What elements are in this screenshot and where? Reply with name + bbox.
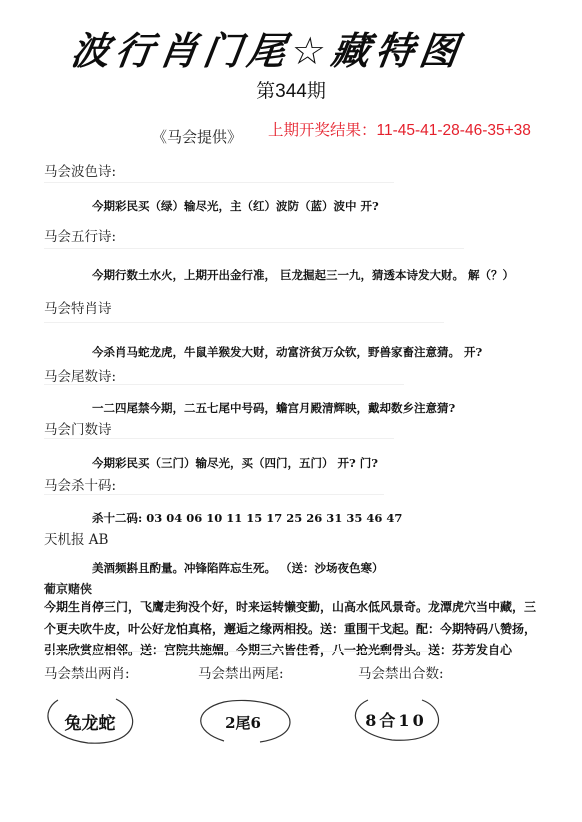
section-label-tail-number: 马会尾数诗: bbox=[44, 365, 116, 385]
poem-tail-number: 一二四尾禁今期，二五七尾中号码，蟾宫月殿清辉映，戴却数乡注意猜? bbox=[92, 400, 455, 416]
section-label-gate-number: 马会门数诗 bbox=[44, 418, 112, 438]
source-label: 《马会提供》 bbox=[152, 126, 242, 147]
forbidden-tail-label: 马会禁出两尾: bbox=[198, 662, 284, 682]
forbidden-sum-oval: 8合10 bbox=[350, 698, 442, 744]
section-label-tianji: 天机报 AB bbox=[44, 528, 108, 548]
last-draw-result: 上期开奖结果：11-45-41-28-46-35+38 bbox=[268, 118, 531, 140]
poem-gate-number: 今期彩民买（三门）输尽光，买（四门，五门） 开? 门? bbox=[92, 455, 378, 471]
poem-special-zodiac: 今杀肖马蛇龙虎，牛鼠羊猴发大财，动富济贫万众钦，野兽家畜注意猜。 开? bbox=[92, 344, 482, 360]
kill-numbers: 杀十二码: 03 04 06 10 11 15 17 25 26 31 35 4… bbox=[92, 510, 402, 526]
poem-five-elements: 今期行数土水火，上期开出金行准， 巨龙掘起三一九，猜透本诗发大财。 解（？） bbox=[92, 267, 514, 283]
forbidden-zodiac-oval: 兔龙蛇 bbox=[44, 697, 136, 747]
forbidden-tail-oval: 2尾6 bbox=[194, 698, 292, 744]
paragraph-title: 葡京赌侠 bbox=[44, 580, 92, 597]
forbidden-zodiac-value: 兔龙蛇 bbox=[44, 709, 136, 734]
forbidden-sum-label: 马会禁出合数: bbox=[358, 662, 444, 682]
divider bbox=[44, 438, 394, 439]
section-label-wave-color: 马会波色诗: bbox=[44, 160, 116, 180]
section-label-special-zodiac: 马会特肖诗 bbox=[44, 297, 112, 317]
divider bbox=[44, 384, 404, 385]
divider bbox=[44, 248, 464, 249]
divider bbox=[44, 494, 384, 495]
forbidden-zodiac-label: 马会禁出两肖: bbox=[44, 662, 130, 682]
divider bbox=[44, 651, 434, 652]
section-label-five-elements: 马会五行诗: bbox=[44, 225, 116, 245]
issue-number: 第344期 bbox=[0, 76, 582, 103]
forbidden-tail-value: 2尾6 bbox=[194, 712, 292, 733]
page-title: 波行肖门尾☆藏特图 bbox=[68, 20, 468, 75]
divider bbox=[44, 182, 394, 183]
divider bbox=[44, 322, 444, 323]
section-label-kill-ten: 马会杀十码: bbox=[44, 474, 116, 494]
poem-tianji: 美酒频斟且酌量。冲锋陷阵忘生死。 （送：沙场夜色寒） bbox=[92, 560, 384, 576]
forbidden-sum-value: 8合10 bbox=[350, 708, 442, 731]
poem-wave-color: 今期彩民买（绿）输尽光，主（红）波防（蓝）波中 开? bbox=[92, 198, 379, 214]
